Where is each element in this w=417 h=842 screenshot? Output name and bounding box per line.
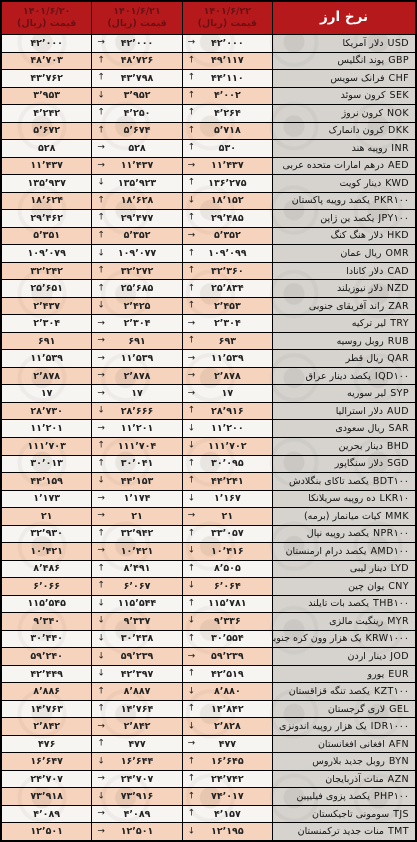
trend-up-icon: ↑ bbox=[188, 109, 196, 118]
price-value: ۴۲٬۵۱۹ bbox=[211, 669, 244, 680]
price-value: ۳۳٬۰۵۷ bbox=[211, 528, 244, 539]
currency-code: IDR۱۰۰۰ bbox=[371, 721, 409, 732]
currency-name: منات جدید ترکمنستان bbox=[298, 826, 384, 837]
currency-code: OMR bbox=[386, 248, 409, 259]
currency-code: SGD bbox=[387, 458, 409, 469]
price-cell-date-20: ۱٬۱۷۳ bbox=[2, 491, 91, 508]
price-cell-date-22: → ۱۱٬۵۳۹ bbox=[183, 350, 272, 367]
price-value: ۴٬۲۴۲ bbox=[33, 108, 60, 119]
price-value: ۴۸٬۷۲۶ bbox=[121, 55, 154, 66]
trend-flat-icon: → bbox=[97, 337, 105, 346]
trend-up-icon: ↑ bbox=[188, 179, 196, 188]
price-cell-date-22: ↑ ۴۲٬۵۱۹ bbox=[183, 666, 272, 683]
currency-name-cell: AFN افغانی افغانستان bbox=[273, 736, 415, 753]
price-cell-date-22: ↑ ۷۴٬۰۱۷ bbox=[183, 788, 272, 805]
currency-code: KWD bbox=[385, 178, 409, 189]
currency-name-cell: CAD دلار کانادا bbox=[273, 263, 415, 280]
currency-name: افغانی افغانستان bbox=[318, 739, 385, 750]
currency-code: NZD bbox=[387, 283, 409, 294]
trend-up-icon: ↑ bbox=[188, 267, 196, 276]
currency-name-cell: NPR۱۰۰ یکصد روپیه نپال bbox=[273, 526, 415, 543]
currency-code: KRW۱۰۰۰ bbox=[366, 633, 409, 644]
trend-up-icon: ↑ bbox=[188, 126, 196, 135]
trend-down-icon: ↓ bbox=[188, 442, 196, 451]
currency-name-cell: NZD دلار نیوزیلند bbox=[273, 280, 415, 297]
currency-code: USD bbox=[388, 38, 410, 49]
trend-down-icon: ↓ bbox=[97, 249, 105, 258]
currency-code: CAD bbox=[387, 266, 409, 277]
price-cell-date-21: ↓ ۹٬۳۳۷ bbox=[92, 613, 181, 630]
price-cell-date-20: ۲٬۴۳۷ bbox=[2, 298, 91, 315]
price-cell-date-22: → ۵۹٬۲۳۹ bbox=[183, 648, 272, 665]
price-cell-date-20: ۱۷ bbox=[2, 385, 91, 402]
currency-name-cell: CHF فرانک سویس bbox=[273, 70, 415, 87]
price-value: ۱۸٬۶۲۴ bbox=[30, 195, 63, 206]
trend-flat-icon: → bbox=[97, 810, 105, 819]
price-value: ۵٬۳۵۱ bbox=[33, 230, 60, 241]
price-value: ۱۱۵٬۵۴۴ bbox=[118, 598, 156, 609]
price-cell-date-20: ۱۱۵٬۵۴۵ bbox=[2, 596, 91, 613]
trend-up-icon: ↑ bbox=[97, 459, 105, 468]
trend-up-icon: ↑ bbox=[188, 214, 196, 223]
price-value: ۱۳۵٬۹۳۷ bbox=[27, 178, 65, 189]
price-value: ۲٬۸۲۸ bbox=[214, 721, 241, 732]
price-value: ۸٬۵۰۵ bbox=[214, 563, 241, 574]
trend-down-icon: ↓ bbox=[97, 477, 105, 486]
trend-down-icon: ↓ bbox=[97, 599, 105, 608]
header-price-label-21: قیمت (ریال) bbox=[107, 18, 166, 30]
currency-name: یکصد درام ارمنستان bbox=[286, 546, 367, 557]
trend-flat-icon: → bbox=[97, 389, 105, 398]
price-cell-date-21: → ۱٬۱۷۴ bbox=[92, 491, 181, 508]
price-cell-date-20: ۵۹٬۲۴۰ bbox=[2, 648, 91, 665]
price-value: ۴۴٬۱۱۰ bbox=[211, 73, 244, 84]
trend-up-icon: ↑ bbox=[188, 284, 196, 293]
price-value: ۵۳۰ bbox=[219, 143, 236, 154]
price-value: ۱۸٬۶۲۸ bbox=[121, 195, 154, 206]
price-value: ۴٬۲۶۴ bbox=[214, 108, 241, 119]
price-cell-date-21: → ۱۱٬۵۳۹ bbox=[92, 350, 181, 367]
trend-flat-icon: → bbox=[97, 354, 105, 363]
price-cell-date-21: ↓ ۷۳٬۹۱۶ bbox=[92, 788, 181, 805]
price-value: ۶٬۰۶۴ bbox=[214, 581, 241, 592]
price-value: ۳۲٬۲۴۲ bbox=[30, 266, 63, 277]
price-value: ۱۰۹٬۰۷۹ bbox=[27, 248, 65, 259]
currency-name: ریال سعودی bbox=[335, 423, 384, 434]
price-value: ۱۱۱٬۷۰۳ bbox=[27, 441, 65, 452]
currency-name-cell: TJS سومونی تاجیکستان bbox=[273, 806, 415, 823]
trend-flat-icon: → bbox=[97, 319, 105, 328]
price-value: ۶٬۰۶۶ bbox=[33, 581, 60, 592]
price-cell-date-20: ۴۲٬۴۴۹ bbox=[2, 666, 91, 683]
trend-flat-icon: → bbox=[188, 231, 196, 240]
price-value: ۱۱٬۵۳۹ bbox=[30, 353, 63, 364]
currency-name: منات آذربایجان bbox=[325, 774, 383, 785]
price-cell-date-20: ۳۲٬۹۳۰ bbox=[2, 526, 91, 543]
price-value: ۹٬۳۴۰ bbox=[33, 616, 60, 627]
price-cell-date-21: ↓ ۵۹٬۲۳۹ bbox=[92, 648, 181, 665]
price-cell-date-21: ↑ ۴٬۲۵۰ bbox=[92, 105, 181, 122]
trend-flat-icon: → bbox=[97, 722, 105, 731]
price-value: ۴۲٬۳۹۷ bbox=[121, 669, 154, 680]
header-date-21: ۱۴۰۱/۶/۲۱ bbox=[113, 6, 161, 18]
currency-name-cell: MYR رینگیت مالزی bbox=[273, 613, 415, 630]
price-value: ۴٬۱۵۷ bbox=[214, 809, 241, 820]
price-value: ۲٬۸۴۲ bbox=[33, 721, 60, 732]
currency-code: JPY۱۰۰ bbox=[378, 213, 409, 224]
trend-up-icon: ↑ bbox=[97, 687, 105, 696]
price-value: ۱٬۱۷۴ bbox=[124, 493, 151, 504]
price-cell-date-22: ↓ ۱۸٬۱۵۲ bbox=[183, 193, 272, 210]
price-value: ۲٬۳۰۴ bbox=[214, 318, 241, 329]
price-value: ۵۹٬۲۳۹ bbox=[211, 651, 244, 662]
currency-name-cell: KZT۱۰۰ یکصد تنگه قزاقستان bbox=[273, 683, 415, 700]
currency-name: یکصد روپیه نپال bbox=[307, 528, 369, 539]
price-value: ۱۱٬۲۰۱ bbox=[121, 423, 154, 434]
price-value: ۲۱ bbox=[222, 511, 234, 522]
trend-down-icon: ↓ bbox=[97, 407, 105, 416]
price-value: ۱٬۱۷۳ bbox=[33, 493, 60, 504]
currency-code: CHF bbox=[389, 73, 409, 84]
trend-flat-icon: → bbox=[97, 512, 105, 521]
price-cell-date-20: ۱۳۵٬۹۳۷ bbox=[2, 175, 91, 192]
currency-name: دلار سنگاپور bbox=[335, 458, 383, 469]
price-value: ۸٬۸۸۷ bbox=[124, 686, 151, 697]
price-cell-date-20: ۴۸٬۷۰۳ bbox=[2, 53, 91, 70]
column-header-currency: نرخ ارز bbox=[273, 2, 415, 34]
price-value: ۲۸٬۶۶۶ bbox=[121, 406, 154, 417]
currency-code: GEL bbox=[389, 704, 409, 715]
price-cell-date-21: → ۴٬۰۸۹ bbox=[92, 806, 181, 823]
price-cell-date-22: ↑ ۱۳۶٬۲۷۵ bbox=[183, 175, 272, 192]
price-cell-date-21: → ۱۰٬۴۲۱ bbox=[92, 543, 181, 560]
trend-up-icon: ↑ bbox=[188, 810, 196, 819]
price-cell-date-20: ۵٬۶۷۲ bbox=[2, 123, 91, 140]
price-value: ۳۲٬۳۶۰ bbox=[211, 266, 244, 277]
currency-name: پوند انگلیس bbox=[337, 55, 384, 66]
price-cell-date-22: ↑ ۴۹٬۱۱۷ bbox=[183, 53, 272, 70]
price-cell-date-22: → ۱۱٬۴۳۷ bbox=[183, 158, 272, 175]
price-value: ۸٬۸۸۶ bbox=[33, 686, 60, 697]
price-value: ۴۲٬۰۰۰ bbox=[30, 38, 63, 49]
price-value: ۱۱٬۴۳۷ bbox=[211, 160, 244, 171]
price-cell-date-21: ↑ ۴۷۷ bbox=[92, 736, 181, 753]
trend-up-icon: ↑ bbox=[97, 231, 105, 240]
price-value: ۱۸٬۱۵۲ bbox=[211, 195, 244, 206]
currency-name-cell: KRW۱۰۰۰ یک هزار وون کره جنوبی bbox=[273, 631, 415, 648]
price-cell-date-22: → ۱۷ bbox=[183, 385, 272, 402]
currency-name: ریال عمان bbox=[340, 248, 381, 259]
price-value: ۲۹٬۴۷۷ bbox=[121, 213, 154, 224]
price-cell-date-21: → ۲٬۸۷۸ bbox=[92, 368, 181, 385]
currency-name: دینار بحرین bbox=[339, 441, 383, 452]
trend-down-icon: ↓ bbox=[188, 687, 196, 696]
trend-flat-icon: → bbox=[188, 319, 196, 328]
price-value: ۵۲۸ bbox=[128, 143, 145, 154]
price-cell-date-20: ۶۹۱ bbox=[2, 333, 91, 350]
price-cell-date-20: ۱۲٬۵۰۱ bbox=[2, 823, 91, 840]
price-cell-date-20: ۱۱٬۴۳۷ bbox=[2, 158, 91, 175]
currency-code: SEK bbox=[390, 90, 409, 101]
price-cell-date-22: ↑ ۵٬۷۱۸ bbox=[183, 123, 272, 140]
currency-code: IQD۱۰۰ bbox=[375, 371, 409, 382]
price-cell-date-22: → ۲۱ bbox=[183, 508, 272, 525]
currency-name: دلار استرالیا bbox=[336, 406, 383, 417]
currency-name-cell: SEK کرون سوئد bbox=[273, 88, 415, 105]
price-cell-date-20: ۲٬۸۴۲ bbox=[2, 718, 91, 735]
price-cell-date-21: ↓ ۲٬۴۲۵ bbox=[92, 298, 181, 315]
trend-flat-icon: → bbox=[97, 547, 105, 556]
price-cell-date-20: ۳۰٬۴۴۰ bbox=[2, 631, 91, 648]
price-value: ۲۴٬۷۴۲ bbox=[211, 774, 244, 785]
trend-down-icon: ↓ bbox=[97, 91, 105, 100]
price-cell-date-20: ۲۴٬۷۰۷ bbox=[2, 771, 91, 788]
currency-code: NPR۱۰۰ bbox=[373, 528, 409, 539]
price-cell-date-21: → ۵۲۸ bbox=[92, 140, 181, 157]
price-cell-date-22: ↓ ۱۱٬۲۰۰ bbox=[183, 420, 272, 437]
currency-code: LYD bbox=[391, 563, 409, 574]
price-value: ۱۱٬۲۰۱ bbox=[30, 423, 63, 434]
price-value: ۴۷۶ bbox=[38, 739, 55, 750]
price-value: ۳۰٬۴۳۸ bbox=[121, 633, 154, 644]
header-date-22: ۱۴۰۱/۶/۲۲ bbox=[204, 6, 252, 18]
currency-code: THB۱۰۰ bbox=[373, 598, 409, 609]
price-value: ۴۸٬۷۰۳ bbox=[30, 55, 63, 66]
trend-flat-icon: → bbox=[188, 372, 196, 381]
price-value: ۴۳٬۷۹۸ bbox=[121, 73, 154, 84]
price-value: ۱۶٬۶۴۴ bbox=[121, 756, 154, 767]
trend-up-icon: ↑ bbox=[188, 477, 196, 486]
price-value: ۴٬۲۵۰ bbox=[124, 108, 151, 119]
price-cell-date-20: ۱۴٬۷۶۳ bbox=[2, 701, 91, 718]
currency-code: TRY bbox=[390, 318, 409, 329]
currency-name-cell: EUR یورو bbox=[273, 666, 415, 683]
trend-down-icon: ↓ bbox=[188, 494, 196, 503]
currency-name-cell: TRY لیر ترکیه bbox=[273, 315, 415, 332]
price-cell-date-20: ۲٬۳۰۴ bbox=[2, 315, 91, 332]
price-value: ۱۲٬۱۹۵ bbox=[211, 826, 244, 837]
price-value: ۱۴٬۷۶۴ bbox=[121, 704, 154, 715]
price-cell-date-20: ۵٬۳۵۱ bbox=[2, 228, 91, 245]
currency-code: AUD bbox=[387, 406, 409, 417]
trend-up-icon: ↑ bbox=[188, 407, 196, 416]
trend-flat-icon: → bbox=[97, 494, 105, 503]
price-value: ۱۷ bbox=[222, 388, 234, 399]
currency-code: BYN bbox=[389, 756, 409, 767]
price-value: ۱۰٬۴۲۱ bbox=[30, 546, 63, 557]
trend-down-icon: ↓ bbox=[97, 179, 105, 188]
currency-name-cell: LYD دینار لیبی bbox=[273, 561, 415, 578]
trend-up-icon: ↑ bbox=[188, 599, 196, 608]
price-value: ۸٬۸۸۰ bbox=[214, 686, 241, 697]
price-cell-date-22: ↑ ۲۴٬۷۴۲ bbox=[183, 771, 272, 788]
price-cell-date-21: ↓ ۱۶٬۶۴۴ bbox=[92, 753, 181, 770]
price-value: ۴۷۷ bbox=[219, 739, 236, 750]
currency-code: BHD bbox=[387, 441, 409, 452]
currency-name: کیات میانمار (برمه) bbox=[304, 511, 381, 522]
trend-up-icon: ↑ bbox=[97, 284, 105, 293]
price-cell-date-21: ↑ ۱۸٬۶۲۸ bbox=[92, 193, 181, 210]
currency-name: درهم امارات متحده عربی bbox=[282, 160, 384, 171]
currency-name: یک هزار روپیه اندونزی bbox=[279, 721, 367, 732]
currency-code: QAR bbox=[387, 353, 409, 364]
trend-flat-icon: → bbox=[188, 39, 196, 48]
header-price-label-20: قیمت (ریال) bbox=[17, 18, 76, 30]
currency-name-cell: AUD دلار استرالیا bbox=[273, 403, 415, 420]
currency-name: روپیه هند bbox=[352, 143, 388, 154]
price-value: ۵٬۳۵۲ bbox=[214, 230, 241, 241]
price-value: ۱۰۹٬۰۹۹ bbox=[208, 248, 246, 259]
price-value: ۲۸٬۹۱۶ bbox=[211, 406, 244, 417]
price-cell-date-22: ↑ ۵۳۰ bbox=[183, 140, 272, 157]
price-value: ۷۳٬۹۱۸ bbox=[30, 791, 63, 802]
price-value: ۱۷ bbox=[41, 388, 53, 399]
trend-up-icon: ↑ bbox=[188, 337, 196, 346]
trend-up-icon: ↑ bbox=[188, 775, 196, 784]
trend-up-icon: ↑ bbox=[188, 757, 196, 766]
price-cell-date-21: ↓ ۱۳۵٬۹۲۳ bbox=[92, 175, 181, 192]
price-cell-date-22: ↓ ۱٬۱۶۷ bbox=[183, 491, 272, 508]
price-cell-date-20: ۴٬۰۸۹ bbox=[2, 806, 91, 823]
price-cell-date-22: → ۵٬۳۵۲ bbox=[183, 228, 272, 245]
currency-name-cell: PKR۱۰۰ یکصد روپیه پاکستان bbox=[273, 193, 415, 210]
trend-up-icon: ↑ bbox=[97, 74, 105, 83]
currency-code: TJS bbox=[393, 809, 409, 820]
trend-up-icon: ↑ bbox=[97, 442, 105, 451]
price-value: ۲۹٬۴۶۲ bbox=[30, 213, 63, 224]
trend-up-icon: ↑ bbox=[188, 56, 196, 65]
price-value: ۱۱٬۵۳۹ bbox=[211, 353, 244, 364]
price-cell-date-21: → ۲۴٬۷۰۷ bbox=[92, 771, 181, 788]
currency-name: دینار اردن bbox=[348, 651, 387, 662]
price-cell-date-21: ↓ ۱۱۵٬۵۴۴ bbox=[92, 596, 181, 613]
trend-flat-icon: → bbox=[97, 144, 105, 153]
price-cell-date-21: ↑ ۲۵٬۶۸۵ bbox=[92, 280, 181, 297]
trend-down-icon: ↓ bbox=[97, 757, 105, 766]
price-cell-date-21: ↓ ۴۲٬۳۹۷ bbox=[92, 666, 181, 683]
price-value: ۳۰٬۰۹۵ bbox=[211, 458, 244, 469]
price-value: ۲۸٬۷۳۰ bbox=[30, 406, 63, 417]
price-value: ۲۵٬۶۸۵ bbox=[121, 283, 154, 294]
currency-name: کرون نروژ bbox=[342, 108, 383, 119]
currency-name-cell: CNY یوان چین bbox=[273, 578, 415, 595]
currency-code: BDT۱۰۰ bbox=[373, 476, 409, 487]
currency-name-cell: SGD دلار سنگاپور bbox=[273, 456, 415, 473]
price-value: ۴٬۰۸۹ bbox=[33, 809, 60, 820]
price-cell-date-22: ↑ ۳۳٬۰۵۷ bbox=[183, 526, 272, 543]
price-value: ۶۹۳ bbox=[219, 336, 236, 347]
price-value: ۵۹٬۲۴۰ bbox=[30, 651, 63, 662]
price-cell-date-20: ۸٬۴۸۶ bbox=[2, 561, 91, 578]
currency-code: MYR bbox=[387, 616, 409, 627]
price-value: ۳۲٬۹۳۰ bbox=[30, 528, 63, 539]
currency-code: TMT bbox=[388, 826, 409, 837]
trend-flat-icon: → bbox=[97, 775, 105, 784]
trend-up-icon: ↑ bbox=[188, 249, 196, 258]
trend-up-icon: ↑ bbox=[188, 459, 196, 468]
currency-name-cell: ZAR راند آفریقای جنوبی bbox=[273, 298, 415, 315]
trend-up-icon: ↑ bbox=[97, 564, 105, 573]
price-cell-date-22: ↑ ۳۰٬۰۹۵ bbox=[183, 456, 272, 473]
price-value: ۲۱ bbox=[131, 511, 143, 522]
price-cell-date-21: → ۶۹۱ bbox=[92, 333, 181, 350]
price-cell-date-21: ↑ ۸٬۸۸۷ bbox=[92, 683, 181, 700]
price-value: ۹٬۳۳۷ bbox=[124, 616, 151, 627]
trend-up-icon: ↑ bbox=[97, 582, 105, 591]
price-cell-date-22: ↑ ۱۴٬۸۴۲ bbox=[183, 701, 272, 718]
price-value: ۲۵٬۸۳۴ bbox=[211, 283, 244, 294]
price-cell-date-20: ۱۱٬۵۳۹ bbox=[2, 350, 91, 367]
price-cell-date-22: ↑ ۴۴٬۲۴۱ bbox=[183, 473, 272, 490]
trend-flat-icon: → bbox=[97, 161, 105, 170]
price-value: ۶۹۱ bbox=[38, 336, 55, 347]
price-value: ۲٬۴۲۵ bbox=[124, 301, 151, 312]
price-cell-date-21: → ۲٬۸۴۲ bbox=[92, 718, 181, 735]
trend-down-icon: ↓ bbox=[97, 670, 105, 679]
price-cell-date-21: ↑ ۳۲٬۹۴۲ bbox=[92, 526, 181, 543]
currency-name: یکصد پزوی فیلیپین bbox=[296, 791, 369, 802]
price-cell-date-22: ↑ ۲۸٬۹۱۶ bbox=[183, 403, 272, 420]
price-cell-date-22: → ۴۲٬۰۰۰ bbox=[183, 35, 272, 52]
currency-name-cell: SAR ریال سعودی bbox=[273, 420, 415, 437]
currency-name-cell: DKK کرون دانمارک bbox=[273, 123, 415, 140]
currency-code: INR bbox=[391, 143, 409, 154]
header-price-label-22: قیمت (ریال) bbox=[198, 18, 257, 30]
price-cell-date-21: → ۱۱٬۴۳۷ bbox=[92, 158, 181, 175]
price-value: ۳۰٬۰۱۳ bbox=[30, 458, 63, 469]
currency-code: MMK bbox=[385, 511, 409, 522]
price-cell-date-21: → ۲۱ bbox=[92, 508, 181, 525]
currency-code: RUB bbox=[388, 336, 409, 347]
price-cell-date-21: → ۱۱٬۲۰۱ bbox=[92, 420, 181, 437]
currency-code: ZAR bbox=[388, 301, 409, 312]
price-cell-date-21: ↑ ۵٬۳۵۲ bbox=[92, 228, 181, 245]
header-date-20: ۱۴۰۱/۶/۲۰ bbox=[23, 6, 71, 18]
price-cell-date-22: → ۲٬۸۷۸ bbox=[183, 368, 272, 385]
price-value: ۴۷۷ bbox=[128, 739, 145, 750]
price-cell-date-20: ۱۰٬۴۲۱ bbox=[2, 543, 91, 560]
trend-flat-icon: → bbox=[188, 740, 196, 749]
price-cell-date-21: ↓ ۱۰۹٬۰۷۷ bbox=[92, 245, 181, 262]
price-value: ۱۰٬۴۱۶ bbox=[211, 546, 244, 557]
currency-code: JOD bbox=[390, 651, 409, 662]
currency-code: AFN bbox=[389, 739, 409, 750]
price-value: ۴۲٬۰۰۰ bbox=[121, 38, 154, 49]
price-value: ۱۱۱٬۷۰۲ bbox=[208, 441, 246, 452]
price-cell-date-22: ↑ ۱۶٬۶۴۵ bbox=[183, 753, 272, 770]
price-cell-date-20: ۲۱ bbox=[2, 508, 91, 525]
price-value: ۴۴٬۱۵۳ bbox=[121, 476, 154, 487]
price-value: ۵۹٬۲۳۹ bbox=[121, 651, 154, 662]
price-value: ۲٬۸۷۸ bbox=[214, 371, 241, 382]
currency-code: PKR۱۰۰ bbox=[374, 195, 409, 206]
trend-down-icon: ↓ bbox=[97, 652, 105, 661]
price-cell-date-21: → ۱۲٬۵۰۱ bbox=[92, 823, 181, 840]
price-value: ۶۹۱ bbox=[128, 336, 145, 347]
trend-up-icon: ↑ bbox=[97, 267, 105, 276]
price-value: ۷۴٬۰۱۷ bbox=[211, 791, 244, 802]
price-value: ۳۰٬۰۴۱ bbox=[121, 458, 154, 469]
price-cell-date-20: ۵۲۸ bbox=[2, 140, 91, 157]
price-value: ۳٬۹۵۳ bbox=[33, 90, 60, 101]
currency-name: دلار آمریکا bbox=[342, 38, 383, 49]
trend-flat-icon: → bbox=[188, 652, 196, 661]
price-value: ۳۲٬۹۴۲ bbox=[121, 528, 154, 539]
currency-name: روبل روسیه bbox=[337, 336, 384, 347]
price-cell-date-20: ۱۸٬۶۲۴ bbox=[2, 193, 91, 210]
price-value: ۱۰۹٬۰۷۷ bbox=[118, 248, 156, 259]
currency-name: یکصد ین ژاپن bbox=[320, 213, 374, 224]
